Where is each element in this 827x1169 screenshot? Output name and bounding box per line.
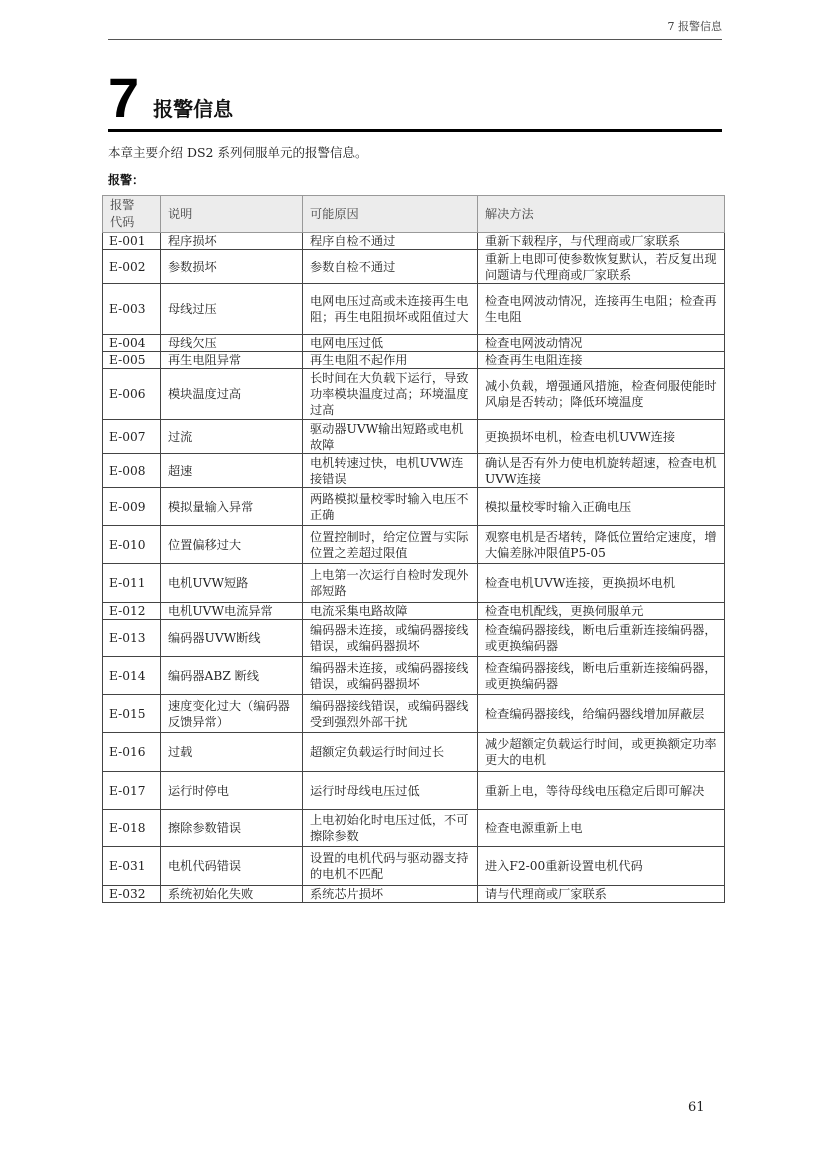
alarm-code: E-002 bbox=[103, 250, 161, 284]
alarm-cause: 电网电压过高或未连接再生电阻；再生电阻损坏或阻值过大 bbox=[303, 284, 478, 335]
alarm-cause: 长时间在大负载下运行，导致功率模块温度过高；环境温度过高 bbox=[303, 369, 478, 420]
alarm-code: E-012 bbox=[103, 603, 161, 620]
alarm-solution: 观察电机是否堵转，降低位置给定速度，增大偏差脉冲限值P5-05 bbox=[478, 526, 725, 564]
table-row: E-015速度变化过大（编码器反馈异常）编码器接线错误，或编码器线受到强烈外部干… bbox=[103, 695, 725, 733]
alarm-solution: 模拟量校零时输入正确电压 bbox=[478, 488, 725, 526]
table-row: E-001程序损坏程序自检不通过重新下载程序，与代理商或厂家联系 bbox=[103, 233, 725, 250]
alarm-solution: 重新上电即可使参数恢复默认，若反复出现问题请与代理商或厂家联系 bbox=[478, 250, 725, 284]
alarm-solution: 检查编码器接线，断电后重新连接编码器，或更换编码器 bbox=[478, 657, 725, 695]
alarm-solution: 检查电源重新上电 bbox=[478, 810, 725, 847]
table-row: E-007过流驱动器UVW输出短路或电机故障更换损坏电机，检查电机UVW连接 bbox=[103, 420, 725, 454]
table-row: E-031电机代码错误设置的电机代码与驱动器支持的电机不匹配进入F2-00重新设… bbox=[103, 847, 725, 886]
alarm-solution: 更换损坏电机，检查电机UVW连接 bbox=[478, 420, 725, 454]
header-code: 报警 代码 bbox=[103, 196, 161, 233]
intro-paragraph: 本章主要介绍 DS2 系列伺服单元的报警信息。 bbox=[108, 143, 368, 161]
alarm-description: 擦除参数错误 bbox=[161, 810, 303, 847]
running-header: 7 报警信息 bbox=[108, 18, 722, 34]
alarm-code: E-009 bbox=[103, 488, 161, 526]
table-row: E-006模块温度过高长时间在大负载下运行，导致功率模块温度过高；环境温度过高减… bbox=[103, 369, 725, 420]
alarm-solution: 减小负载，增强通风措施，检查伺服使能时风扇是否转动；降低环境温度 bbox=[478, 369, 725, 420]
table-row: E-011电机UVW短路上电第一次运行自检时发现外部短路检查电机UVW连接，更换… bbox=[103, 564, 725, 603]
alarm-code: E-031 bbox=[103, 847, 161, 886]
table-row: E-005再生电阻异常再生电阻不起作用检查再生电阻连接 bbox=[103, 352, 725, 369]
alarm-cause: 程序自检不通过 bbox=[303, 233, 478, 250]
table-row: E-004母线欠压电网电压过低检查电网波动情况 bbox=[103, 335, 725, 352]
table-row: E-008超速电机转速过快，电机UVW连接错误确认是否有外力使电机旋转超速，检查… bbox=[103, 454, 725, 488]
alarm-solution: 检查电网波动情况 bbox=[478, 335, 725, 352]
alarm-solution: 检查编码器接线，断电后重新连接编码器，或更换编码器 bbox=[478, 620, 725, 657]
alarm-code: E-032 bbox=[103, 886, 161, 903]
alarm-cause: 运行时母线电压过低 bbox=[303, 772, 478, 810]
alarm-solution: 重新上电，等待母线电压稳定后即可解决 bbox=[478, 772, 725, 810]
alarm-description: 电机UVW短路 bbox=[161, 564, 303, 603]
page-number: 61 bbox=[688, 1100, 705, 1115]
alarm-cause: 电机转速过快，电机UVW连接错误 bbox=[303, 454, 478, 488]
alarm-cause: 编码器未连接，或编码器接线错误，或编码器损坏 bbox=[303, 657, 478, 695]
alarm-code: E-018 bbox=[103, 810, 161, 847]
alarm-description: 模块温度过高 bbox=[161, 369, 303, 420]
alarm-code: E-006 bbox=[103, 369, 161, 420]
table-row: E-003母线过压电网电压过高或未连接再生电阻；再生电阻损坏或阻值过大检查电网波… bbox=[103, 284, 725, 335]
alarm-description: 过流 bbox=[161, 420, 303, 454]
alarm-cause: 再生电阻不起作用 bbox=[303, 352, 478, 369]
chapter-number: 7 bbox=[108, 72, 139, 124]
table-row: E-002参数损坏参数自检不通过重新上电即可使参数恢复默认，若反复出现问题请与代… bbox=[103, 250, 725, 284]
alarm-code: E-013 bbox=[103, 620, 161, 657]
alarm-description: 母线过压 bbox=[161, 284, 303, 335]
alarm-solution: 检查电机配线，更换伺服单元 bbox=[478, 603, 725, 620]
alarm-cause: 两路模拟量校零时输入电压不正确 bbox=[303, 488, 478, 526]
alarm-description: 系统初始化失败 bbox=[161, 886, 303, 903]
alarm-cause: 驱动器UVW输出短路或电机故障 bbox=[303, 420, 478, 454]
alarm-cause: 编码器接线错误，或编码器线受到强烈外部干扰 bbox=[303, 695, 478, 733]
section-label: 报警： bbox=[108, 171, 144, 188]
alarm-description: 速度变化过大（编码器反馈异常） bbox=[161, 695, 303, 733]
alarm-code: E-015 bbox=[103, 695, 161, 733]
table-row: E-009模拟量输入异常两路模拟量校零时输入电压不正确模拟量校零时输入正确电压 bbox=[103, 488, 725, 526]
alarm-cause: 电流采集电路故障 bbox=[303, 603, 478, 620]
table-row: E-032系统初始化失败系统芯片损坏请与代理商或厂家联系 bbox=[103, 886, 725, 903]
table-row: E-016过载超额定负载运行时间过长减少超额定负载运行时间，或更换额定功率更大的… bbox=[103, 733, 725, 772]
alarm-solution: 请与代理商或厂家联系 bbox=[478, 886, 725, 903]
header-solution: 解决方法 bbox=[478, 196, 725, 233]
alarm-solution: 减少超额定负载运行时间，或更换额定功率更大的电机 bbox=[478, 733, 725, 772]
alarm-code: E-011 bbox=[103, 564, 161, 603]
alarm-solution: 检查编码器接线，给编码器线增加屏蔽层 bbox=[478, 695, 725, 733]
alarm-description: 编码器ABZ 断线 bbox=[161, 657, 303, 695]
alarm-cause: 参数自检不通过 bbox=[303, 250, 478, 284]
table-row: E-018擦除参数错误上电初始化时电压过低，不可擦除参数检查电源重新上电 bbox=[103, 810, 725, 847]
alarm-code: E-017 bbox=[103, 772, 161, 810]
alarm-cause: 编码器未连接，或编码器接线错误，或编码器损坏 bbox=[303, 620, 478, 657]
alarm-description: 运行时停电 bbox=[161, 772, 303, 810]
alarm-code: E-007 bbox=[103, 420, 161, 454]
alarm-description: 母线欠压 bbox=[161, 335, 303, 352]
alarm-cause: 电网电压过低 bbox=[303, 335, 478, 352]
table-row: E-010位置偏移过大位置控制时，给定位置与实际位置之差超过限值观察电机是否堵转… bbox=[103, 526, 725, 564]
alarm-description: 位置偏移过大 bbox=[161, 526, 303, 564]
alarm-description: 程序损坏 bbox=[161, 233, 303, 250]
chapter-heading: 7 报警信息 bbox=[108, 72, 233, 124]
alarm-cause: 设置的电机代码与驱动器支持的电机不匹配 bbox=[303, 847, 478, 886]
alarm-description: 超速 bbox=[161, 454, 303, 488]
alarm-solution: 检查电机UVW连接，更换损坏电机 bbox=[478, 564, 725, 603]
alarm-code: E-014 bbox=[103, 657, 161, 695]
alarm-solution: 确认是否有外力使电机旋转超速，检查电机UVW连接 bbox=[478, 454, 725, 488]
alarm-description: 电机UVW电流异常 bbox=[161, 603, 303, 620]
alarm-cause: 位置控制时，给定位置与实际位置之差超过限值 bbox=[303, 526, 478, 564]
alarm-description: 参数损坏 bbox=[161, 250, 303, 284]
alarm-cause: 上电初始化时电压过低，不可擦除参数 bbox=[303, 810, 478, 847]
alarm-code: E-010 bbox=[103, 526, 161, 564]
alarm-description: 再生电阻异常 bbox=[161, 352, 303, 369]
alarm-solution: 检查再生电阻连接 bbox=[478, 352, 725, 369]
header-description: 说明 bbox=[161, 196, 303, 233]
table-row: E-017运行时停电运行时母线电压过低重新上电，等待母线电压稳定后即可解决 bbox=[103, 772, 725, 810]
alarm-solution: 重新下载程序，与代理商或厂家联系 bbox=[478, 233, 725, 250]
alarm-code: E-005 bbox=[103, 352, 161, 369]
header-divider bbox=[108, 39, 722, 40]
alarm-description: 电机代码错误 bbox=[161, 847, 303, 886]
alarm-code: E-008 bbox=[103, 454, 161, 488]
alarm-solution: 进入F2-00重新设置电机代码 bbox=[478, 847, 725, 886]
alarm-code: E-004 bbox=[103, 335, 161, 352]
alarm-description: 模拟量输入异常 bbox=[161, 488, 303, 526]
alarm-cause: 超额定负载运行时间过长 bbox=[303, 733, 478, 772]
table-row: E-012电机UVW电流异常电流采集电路故障检查电机配线，更换伺服单元 bbox=[103, 603, 725, 620]
chapter-divider bbox=[108, 129, 722, 132]
alarm-code: E-016 bbox=[103, 733, 161, 772]
alarm-code: E-001 bbox=[103, 233, 161, 250]
alarm-description: 编码器UVW断线 bbox=[161, 620, 303, 657]
table-header-row: 报警 代码 说明 可能原因 解决方法 bbox=[103, 196, 725, 233]
chapter-title: 报警信息 bbox=[153, 93, 233, 122]
alarm-cause: 系统芯片损坏 bbox=[303, 886, 478, 903]
table-row: E-013编码器UVW断线编码器未连接，或编码器接线错误，或编码器损坏检查编码器… bbox=[103, 620, 725, 657]
alarm-cause: 上电第一次运行自检时发现外部短路 bbox=[303, 564, 478, 603]
table-row: E-014编码器ABZ 断线编码器未连接，或编码器接线错误，或编码器损坏检查编码… bbox=[103, 657, 725, 695]
alarm-solution: 检查电网波动情况，连接再生电阻；检查再生电阻 bbox=[478, 284, 725, 335]
alarm-description: 过载 bbox=[161, 733, 303, 772]
header-cause: 可能原因 bbox=[303, 196, 478, 233]
alarm-table: 报警 代码 说明 可能原因 解决方法 E-001程序损坏程序自检不通过重新下载程… bbox=[102, 195, 725, 903]
alarm-code: E-003 bbox=[103, 284, 161, 335]
